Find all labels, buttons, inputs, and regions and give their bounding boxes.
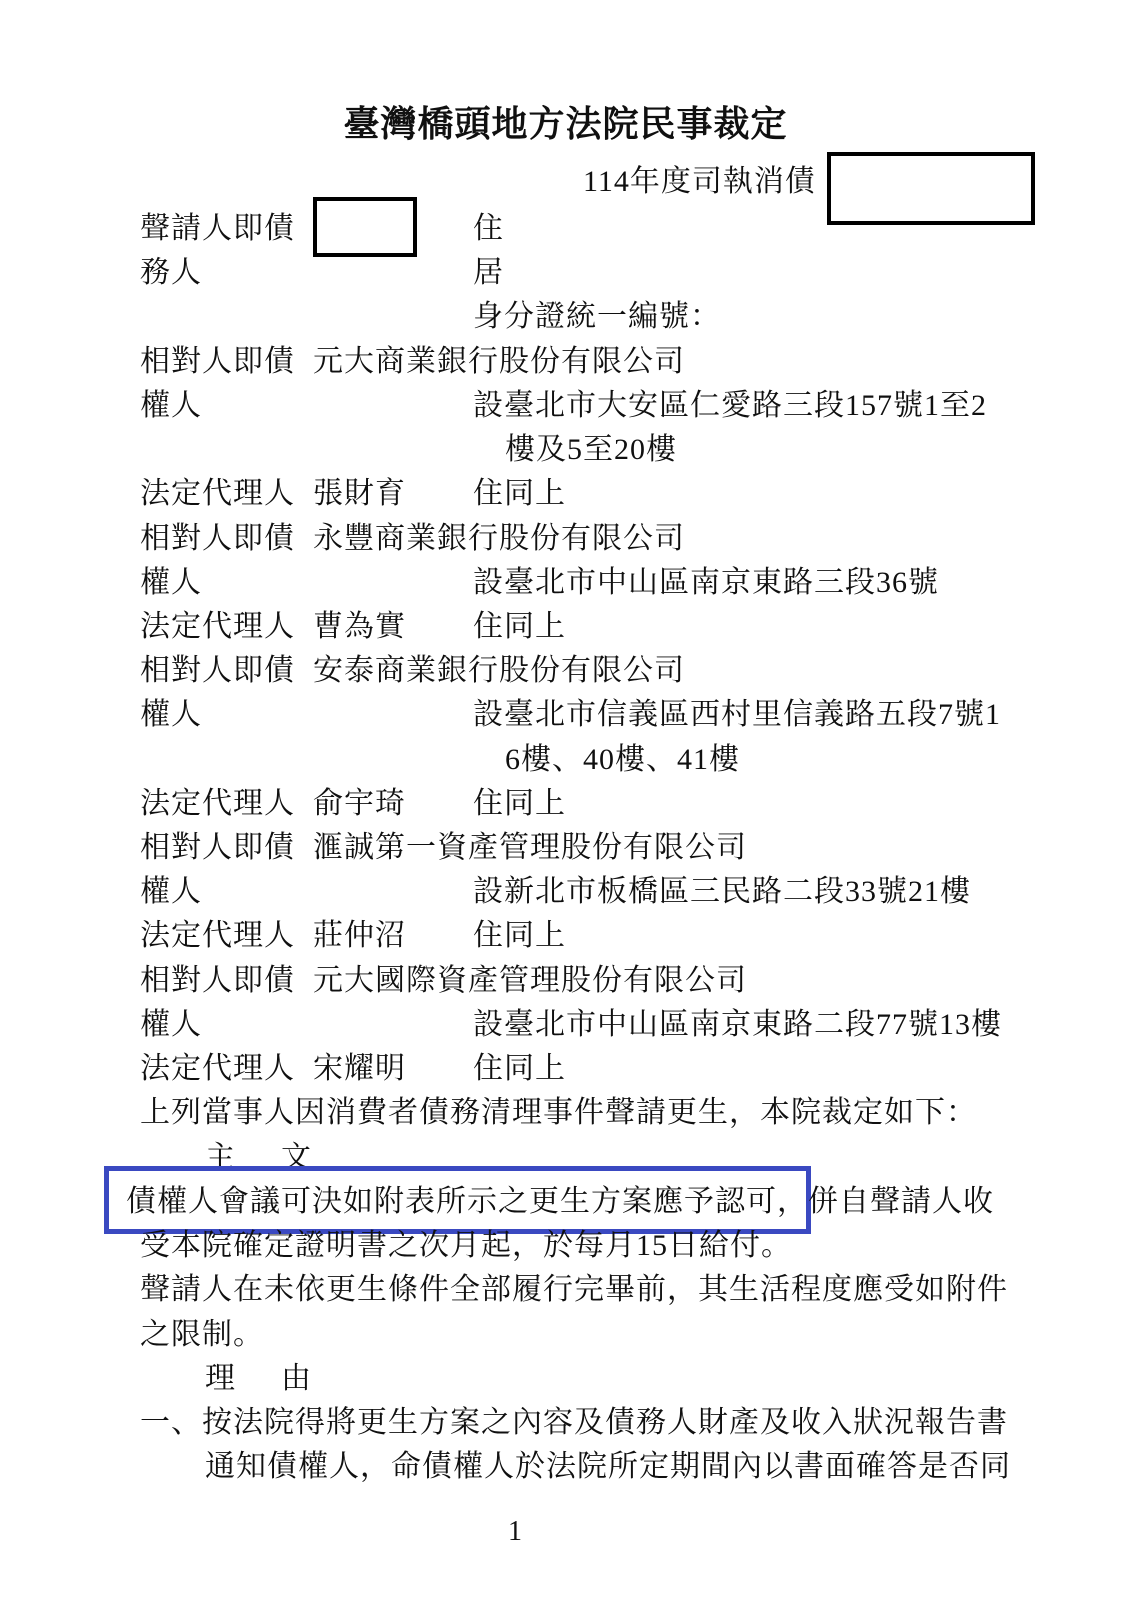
party-label-line1: 相對人即債: [140, 517, 295, 561]
rep-address: 住同上: [473, 914, 566, 958]
intro-line: 上列當事人因消費者債務清理事件聲請更生，本院裁定如下：: [0, 1091, 1131, 1135]
rep-address: 住同上: [473, 605, 566, 649]
party-label-line1: 相對人即債: [140, 826, 295, 870]
party-rep-row: 法定代理人 莊仲沼 住同上: [0, 914, 1131, 958]
party-label-line1: 相對人即債: [140, 340, 295, 384]
party-address-line1: 設新北市板橋區三民路二段33號21樓: [473, 870, 971, 914]
party-address-line1: 設臺北市大安區仁愛路三段157號1至2: [473, 384, 987, 428]
party-address-line1: 設臺北市中山區南京東路三段36號: [473, 561, 939, 605]
party-row: 相對人即債 永豐商業銀行股份有限公司: [0, 517, 1131, 561]
reason-line-1: 一、按法院得將更生方案之內容及債務人財產及收入狀況報告書: [0, 1401, 1131, 1445]
rep-label: 法定代理人: [140, 782, 295, 826]
party-row: 相對人即債 安泰商業銀行股份有限公司: [0, 649, 1131, 693]
rep-address: 住同上: [473, 782, 566, 826]
party-row: 相對人即債 元大國際資產管理股份有限公司: [0, 959, 1131, 1003]
party-row: 權人 設臺北市中山區南京東路三段36號: [0, 561, 1131, 605]
rep-label: 法定代理人: [140, 1047, 295, 1091]
applicant-row-3: 身分證統一編號：: [0, 295, 1131, 339]
party-row: 權人 設臺北市中山區南京東路二段77號13樓: [0, 1003, 1131, 1047]
party-row: 樓及5至20樓: [0, 428, 1131, 472]
party-address-line2: 樓及5至20樓: [505, 428, 677, 472]
applicant-label-line2: 務人: [140, 251, 202, 295]
party-label-line2: 權人: [140, 561, 202, 605]
applicant-row-2: 務人 居: [0, 251, 1131, 295]
rep-name: 俞宇琦: [313, 782, 406, 826]
main-text-line-2: 受本院確定證明書之次月起，於每月15日給付。: [0, 1224, 1131, 1268]
court-document-title: 臺灣橋頭地方法院民事裁定: [0, 100, 1131, 148]
party-label-line2: 權人: [140, 870, 202, 914]
party-rep-row: 法定代理人 俞宇琦 住同上: [0, 782, 1131, 826]
applicant-id-line: 身分證統一編號：: [473, 295, 721, 339]
party-label-line1: 相對人即債: [140, 959, 295, 1003]
party-row: 權人 設臺北市信義區西村里信義路五段7號1: [0, 693, 1131, 737]
applicant-residence-line2: 居: [473, 251, 504, 295]
main-text-line-1: 債權人會議可決如附表所示之更生方案應予認可，併自聲請人收: [0, 1180, 1131, 1224]
applicant-row-1: 聲請人即債 住: [0, 207, 1131, 251]
main-text-line-4: 之限制。: [0, 1313, 1131, 1357]
party-name: 安泰商業銀行股份有限公司: [313, 649, 685, 693]
rep-address: 住同上: [473, 1047, 566, 1091]
rep-name: 莊仲沼: [313, 914, 406, 958]
rep-address: 住同上: [473, 472, 566, 516]
party-name: 元大國際資產管理股份有限公司: [313, 959, 747, 1003]
reason-heading: 理 由: [0, 1357, 1131, 1401]
party-rep-row: 法定代理人 曹為實 住同上: [0, 605, 1131, 649]
rep-name: 曹為實: [313, 605, 406, 649]
party-row: 相對人即債 滙誠第一資產管理股份有限公司: [0, 826, 1131, 870]
party-address-line1: 設臺北市中山區南京東路二段77號13樓: [473, 1003, 1002, 1047]
rep-label: 法定代理人: [140, 914, 295, 958]
rep-name: 張財育: [313, 472, 406, 516]
rep-name: 宋耀明: [313, 1047, 406, 1091]
party-label-line2: 權人: [140, 1003, 202, 1047]
case-number-prefix: 114年度司執消債: [583, 160, 816, 204]
party-rep-row: 法定代理人 張財育 住同上: [0, 472, 1131, 516]
page-number: 1: [495, 1512, 535, 1552]
document-page: 臺灣橋頭地方法院民事裁定 114年度司執消債 聲請人即債 住 務人 居 身分證統…: [0, 0, 1131, 1600]
rep-label: 法定代理人: [140, 472, 295, 516]
applicant-residence-line1: 住: [473, 207, 504, 251]
party-address-line1: 設臺北市信義區西村里信義路五段7號1: [473, 693, 1001, 737]
party-row: 6樓、40樓、41樓: [0, 738, 1131, 782]
party-row: 相對人即債 元大商業銀行股份有限公司: [0, 340, 1131, 384]
party-name: 滙誠第一資產管理股份有限公司: [313, 826, 747, 870]
party-rep-row: 法定代理人 宋耀明 住同上: [0, 1047, 1131, 1091]
main-text-rest-segment: 併自聲請人收: [808, 1185, 994, 1218]
party-row: 權人 設臺北市大安區仁愛路三段157號1至2: [0, 384, 1131, 428]
party-name: 永豐商業銀行股份有限公司: [313, 517, 685, 561]
party-name: 元大商業銀行股份有限公司: [313, 340, 685, 384]
applicant-label-line1: 聲請人即債: [140, 207, 295, 251]
party-row: 權人 設新北市板橋區三民路二段33號21樓: [0, 870, 1131, 914]
party-label-line2: 權人: [140, 693, 202, 737]
party-label-line2: 權人: [140, 384, 202, 428]
party-label-line1: 相對人即債: [140, 649, 295, 693]
main-text-highlighted-segment: 債權人會議可決如附表所示之更生方案應予認可，: [126, 1185, 808, 1218]
party-address-line2: 6樓、40樓、41樓: [505, 738, 740, 782]
main-text-line-3: 聲請人在未依更生條件全部履行完畢前，其生活程度應受如附件: [0, 1268, 1131, 1312]
rep-label: 法定代理人: [140, 605, 295, 649]
reason-line-2: 通知債權人，命債權人於法院所定期間內以書面確答是否同: [0, 1445, 1131, 1489]
